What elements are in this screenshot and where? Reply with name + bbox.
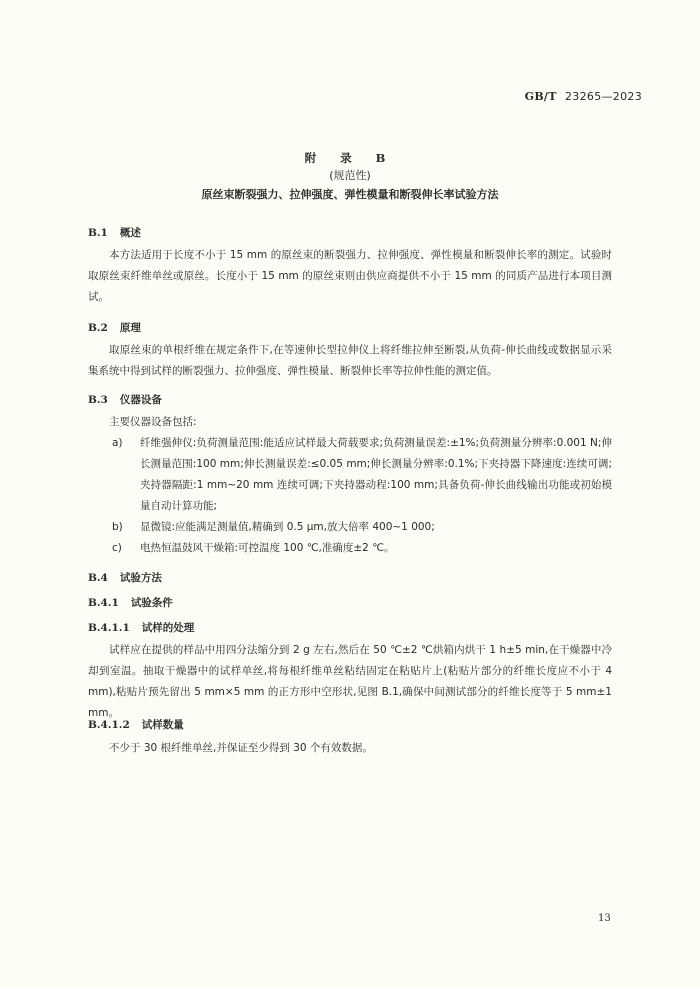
section-number: B.4.1.1 [88,622,130,634]
standard-prefix: GB/T [525,90,557,103]
section-title: 仪器设备 [120,394,162,406]
list-marker: a) [112,433,123,454]
section-number: B.4.1 [88,597,119,609]
section-intro-b3: 主要仪器设备包括: [88,412,612,433]
section-number: B.1 [88,227,108,239]
list-item: b) 显微镜:应能满足测量值,精确到 0.5 μm,放大倍率 400~1 000… [88,517,612,538]
standard-number: 23265—2023 [565,90,642,103]
section-body-b412: 不少于 30 根纤维单丝,并保证至少得到 30 个有效数据。 [88,738,612,759]
list-item: a) 纤维强伸仪:负荷测量范围:能适应试样最大荷载要求;负荷测量误差:±1%;负… [88,433,612,517]
section-heading-b4: B.4试验方法 [88,570,162,585]
section-heading-b1: B.1概述 [88,225,141,240]
page-number: 13 [598,913,611,924]
list-marker: c) [112,538,122,559]
section-number: B.4 [88,572,108,584]
section-title: 概述 [120,227,141,239]
section-heading-b2: B.2原理 [88,320,141,335]
section-heading-b41: B.4.1试验条件 [88,595,173,610]
section-body-b1: 本方法适用于长度不小于 15 mm 的原丝束的断裂强力、拉伸强度、弹性模量和断裂… [88,245,612,308]
annex-title: 附 录 B [0,150,700,166]
section-number: B.2 [88,322,108,334]
section-number: B.4.1.2 [88,719,130,731]
section-heading-b3: B.3仪器设备 [88,392,162,407]
section-heading-b412: B.4.1.2试样数量 [88,717,184,732]
list-item: c) 电热恒温鼓风干燥箱:可控温度 100 ℃,准确度±2 ℃。 [88,538,612,559]
section-title: 原理 [120,322,141,334]
list-marker: b) [112,517,123,538]
list-text: 显微镜:应能满足测量值,精确到 0.5 μm,放大倍率 400~1 000; [140,517,612,538]
annex-type: (规范性) [0,167,700,183]
section-title: 试样的处理 [142,622,195,634]
section-title: 试验条件 [131,597,173,609]
section-title: 试验方法 [120,572,162,584]
document-page: GB/T 23265—2023 附 录 B (规范性) 原丝束断裂强力、拉伸强度… [0,0,700,988]
section-title: 试样数量 [142,719,184,731]
section-number: B.3 [88,394,108,406]
annex-name: 原丝束断裂强力、拉伸强度、弹性模量和断裂伸长率试验方法 [0,186,700,202]
standard-code: GB/T 23265—2023 [525,90,642,103]
section-body-b411: 试样应在提供的样品中用四分法缩分到 2 g 左右,然后在 50 ℃±2 ℃烘箱内… [88,640,612,724]
list-text: 纤维强伸仪:负荷测量范围:能适应试样最大荷载要求;负荷测量误差:±1%;负荷测量… [140,433,612,517]
section-heading-b411: B.4.1.1试样的处理 [88,620,194,635]
section-body-b2: 取原丝束的单根纤维在规定条件下,在等速伸长型拉伸仪上将纤维拉伸至断裂,从负荷-伸… [88,340,612,382]
list-text: 电热恒温鼓风干燥箱:可控温度 100 ℃,准确度±2 ℃。 [140,538,612,559]
